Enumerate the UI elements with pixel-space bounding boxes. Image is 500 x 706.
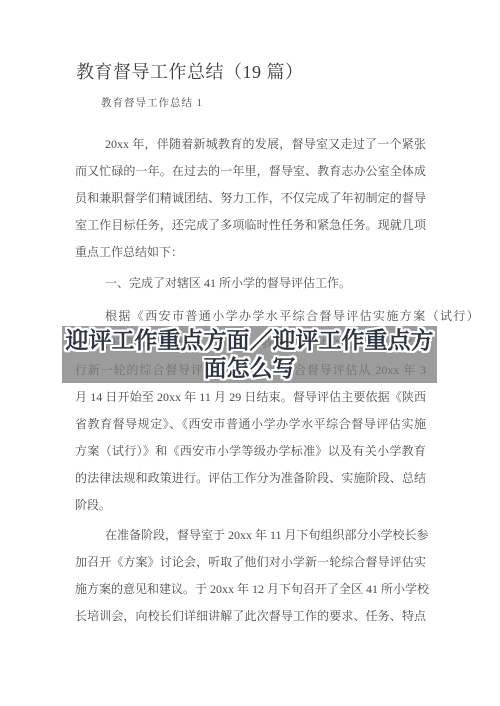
text-line: 室工作目标任务，还完成了多项临时性任务和紧急任务。现就几项 — [75, 212, 426, 239]
text-line: 的法律法规和政策进行。评估工作分为准备阶段、实施阶段、总结 — [75, 465, 426, 492]
text-line: 月 14 日开始至 20xx 年 11 月 29 日结束。督导评估主要依据《陕西 — [75, 384, 426, 411]
text-line: 省教育督导规定》、《西安市普通小学办学水平综合督导评估实施 — [75, 411, 426, 438]
document-subtitle: 教育督导工作总结 1 — [101, 97, 203, 111]
text-line: 重点工作总结如下： — [75, 239, 426, 266]
document-page: 教育督导工作总结（19 篇） 教育督导工作总结 1 20xx 年，伴随着新城教育… — [0, 0, 500, 706]
text-line: 20xx 年，伴随着新城教育的发展，督导室又走过了一个紧张 — [75, 131, 426, 158]
text-line: 加召开《方案》讨论会，听取了他们对小学新一轮综合督导评估实 — [75, 549, 426, 576]
paragraph-preparation: 在准备阶段，督导室于 20xx 年 11 月下旬组织部分小学校长参 加召开《方案… — [75, 522, 426, 630]
section-heading-line: 一、完成了对辖区 41 所小学的督导评估工作。 — [75, 270, 426, 297]
watermark-title-line1: 迎评工作重点方面／迎评工作重点方 — [62, 327, 437, 355]
paragraph-section-heading: 一、完成了对辖区 41 所小学的督导评估工作。 — [75, 270, 426, 297]
text-line: 长培训会，向校长们详细讲解了此次督导工作的要求、任务、特点 — [75, 603, 426, 630]
text-line: 阶段。 — [75, 492, 426, 519]
text-line: 员和兼职督学们精诚团结、努力工作，不仅完成了年初制定的督导 — [75, 185, 426, 212]
text-line: 施方案的意见和建议。于 20xx 年 12 月下旬召开了全区 41 所小学校 — [75, 576, 426, 603]
document-title: 教育督导工作总结（19 篇） — [76, 60, 304, 84]
watermark-title: 迎评工作重点方面／迎评工作重点方 面怎么写 — [62, 327, 437, 383]
text-line: 方案（试行）》和《西安市小学等级办学标准》以及有关小学教育 — [75, 438, 426, 465]
watermark-title-line2: 面怎么写 — [62, 355, 437, 383]
text-line: 而又忙碌的一年。在过去的一年里，督导室、教育志办公室全体成 — [75, 158, 426, 185]
paragraph-intro: 20xx 年，伴随着新城教育的发展，督导室又走过了一个紧张 而又忙碌的一年。在过… — [75, 131, 426, 266]
text-line: 在准备阶段，督导室于 20xx 年 11 月下旬组织部分小学校长参 — [75, 522, 426, 549]
